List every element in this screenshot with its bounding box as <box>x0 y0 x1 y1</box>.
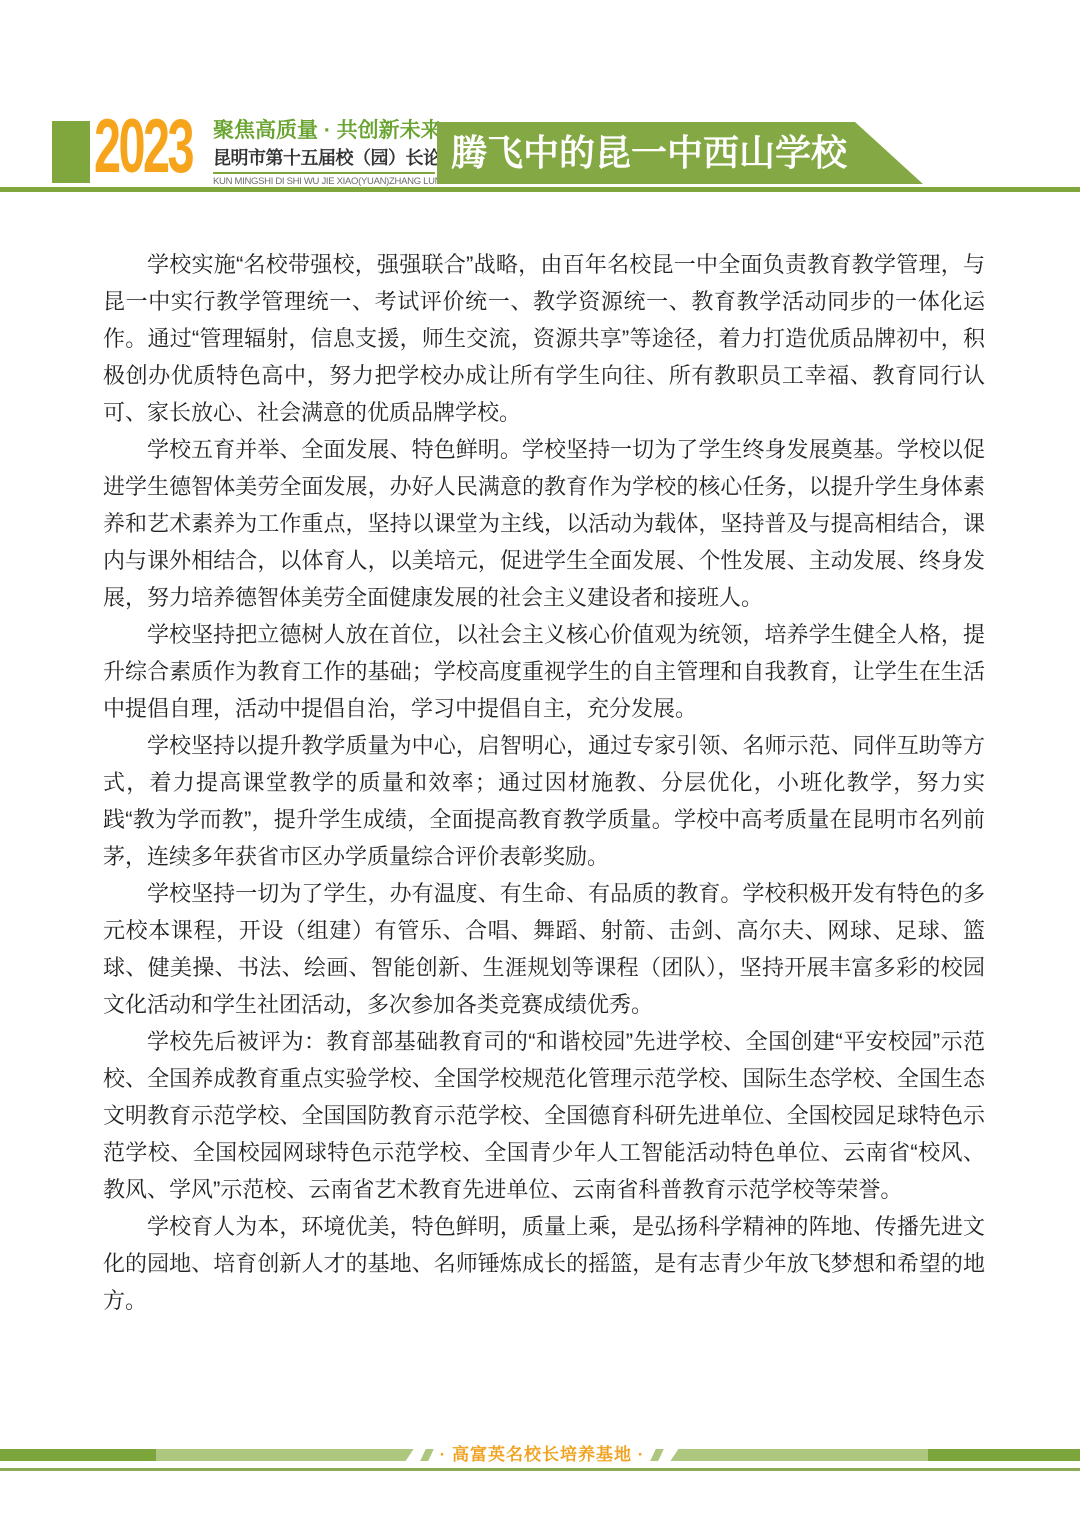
footer-slash-left <box>420 1449 434 1461</box>
forum-divider-rule <box>213 172 435 174</box>
paragraph: 学校实施“名校带强校，强强联合”战略，由百年名校昆一中全面负责教育教学管理，与昆… <box>103 246 985 431</box>
footer-rule <box>0 1468 1080 1471</box>
footer-bar-dark-left <box>0 1449 156 1461</box>
footer-bar-gap <box>414 1449 420 1461</box>
paragraph: 学校坚持一切为了学生，办有温度、有生命、有品质的教育。学校积极开发有特色的多元校… <box>103 875 985 1023</box>
forum-brand: 聚焦高质量 · 共创新未来 昆明市第十五届校（园）长论坛 KUN MINGSHI… <box>213 118 435 188</box>
document-page: 2023 聚焦高质量 · 共创新未来 昆明市第十五届校（园）长论坛 KUN MI… <box>0 0 1080 1528</box>
header-rule <box>0 187 1080 192</box>
logo-green-block <box>52 121 90 183</box>
page-title: 腾飞中的昆一中西山学校 <box>451 122 847 184</box>
footer-label: · 高富英名校长培养基地 · <box>434 1444 651 1466</box>
footer-slash-right <box>651 1449 665 1461</box>
paragraph: 学校育人为本，环境优美，特色鲜明，质量上乘，是弘扬科学精神的阵地、传播先进文化的… <box>103 1208 985 1319</box>
footer-bar-gap <box>664 1449 670 1461</box>
forum-title: 昆明市第十五届校（园）长论坛 <box>213 146 435 170</box>
paragraph: 学校坚持以提升教学质量为中心，启智明心，通过专家引领、名师示范、同伴互助等方式，… <box>103 727 985 875</box>
title-banner: 腾飞中的昆一中西山学校 <box>437 122 923 184</box>
paragraph: 学校先后被评为：教育部基础教育司的“和谐校园”先进学校、全国创建“平安校园”示范… <box>103 1023 985 1208</box>
footer-bar: · 高富英名校长培养基地 · <box>0 1449 1080 1461</box>
paragraph: 学校坚持把立德树人放在首位，以社会主义核心价值观为统领，培养学生健全人格，提升综… <box>103 616 985 727</box>
paragraph: 学校五育并举、全面发展、特色鲜明。学校坚持一切为了学生终身发展奠基。学校以促进学… <box>103 431 985 616</box>
footer-bar-sage-right <box>670 1449 928 1461</box>
footer-bar-sage-left <box>156 1449 414 1461</box>
article: 学校实施“名校带强校，强强联合”战略，由百年名校昆一中全面负责教育教学管理，与昆… <box>103 246 985 1319</box>
footer-bar-dark-right <box>928 1449 1080 1461</box>
year-badge: 2023 <box>94 112 192 182</box>
forum-slogan: 聚焦高质量 · 共创新未来 <box>213 118 435 144</box>
